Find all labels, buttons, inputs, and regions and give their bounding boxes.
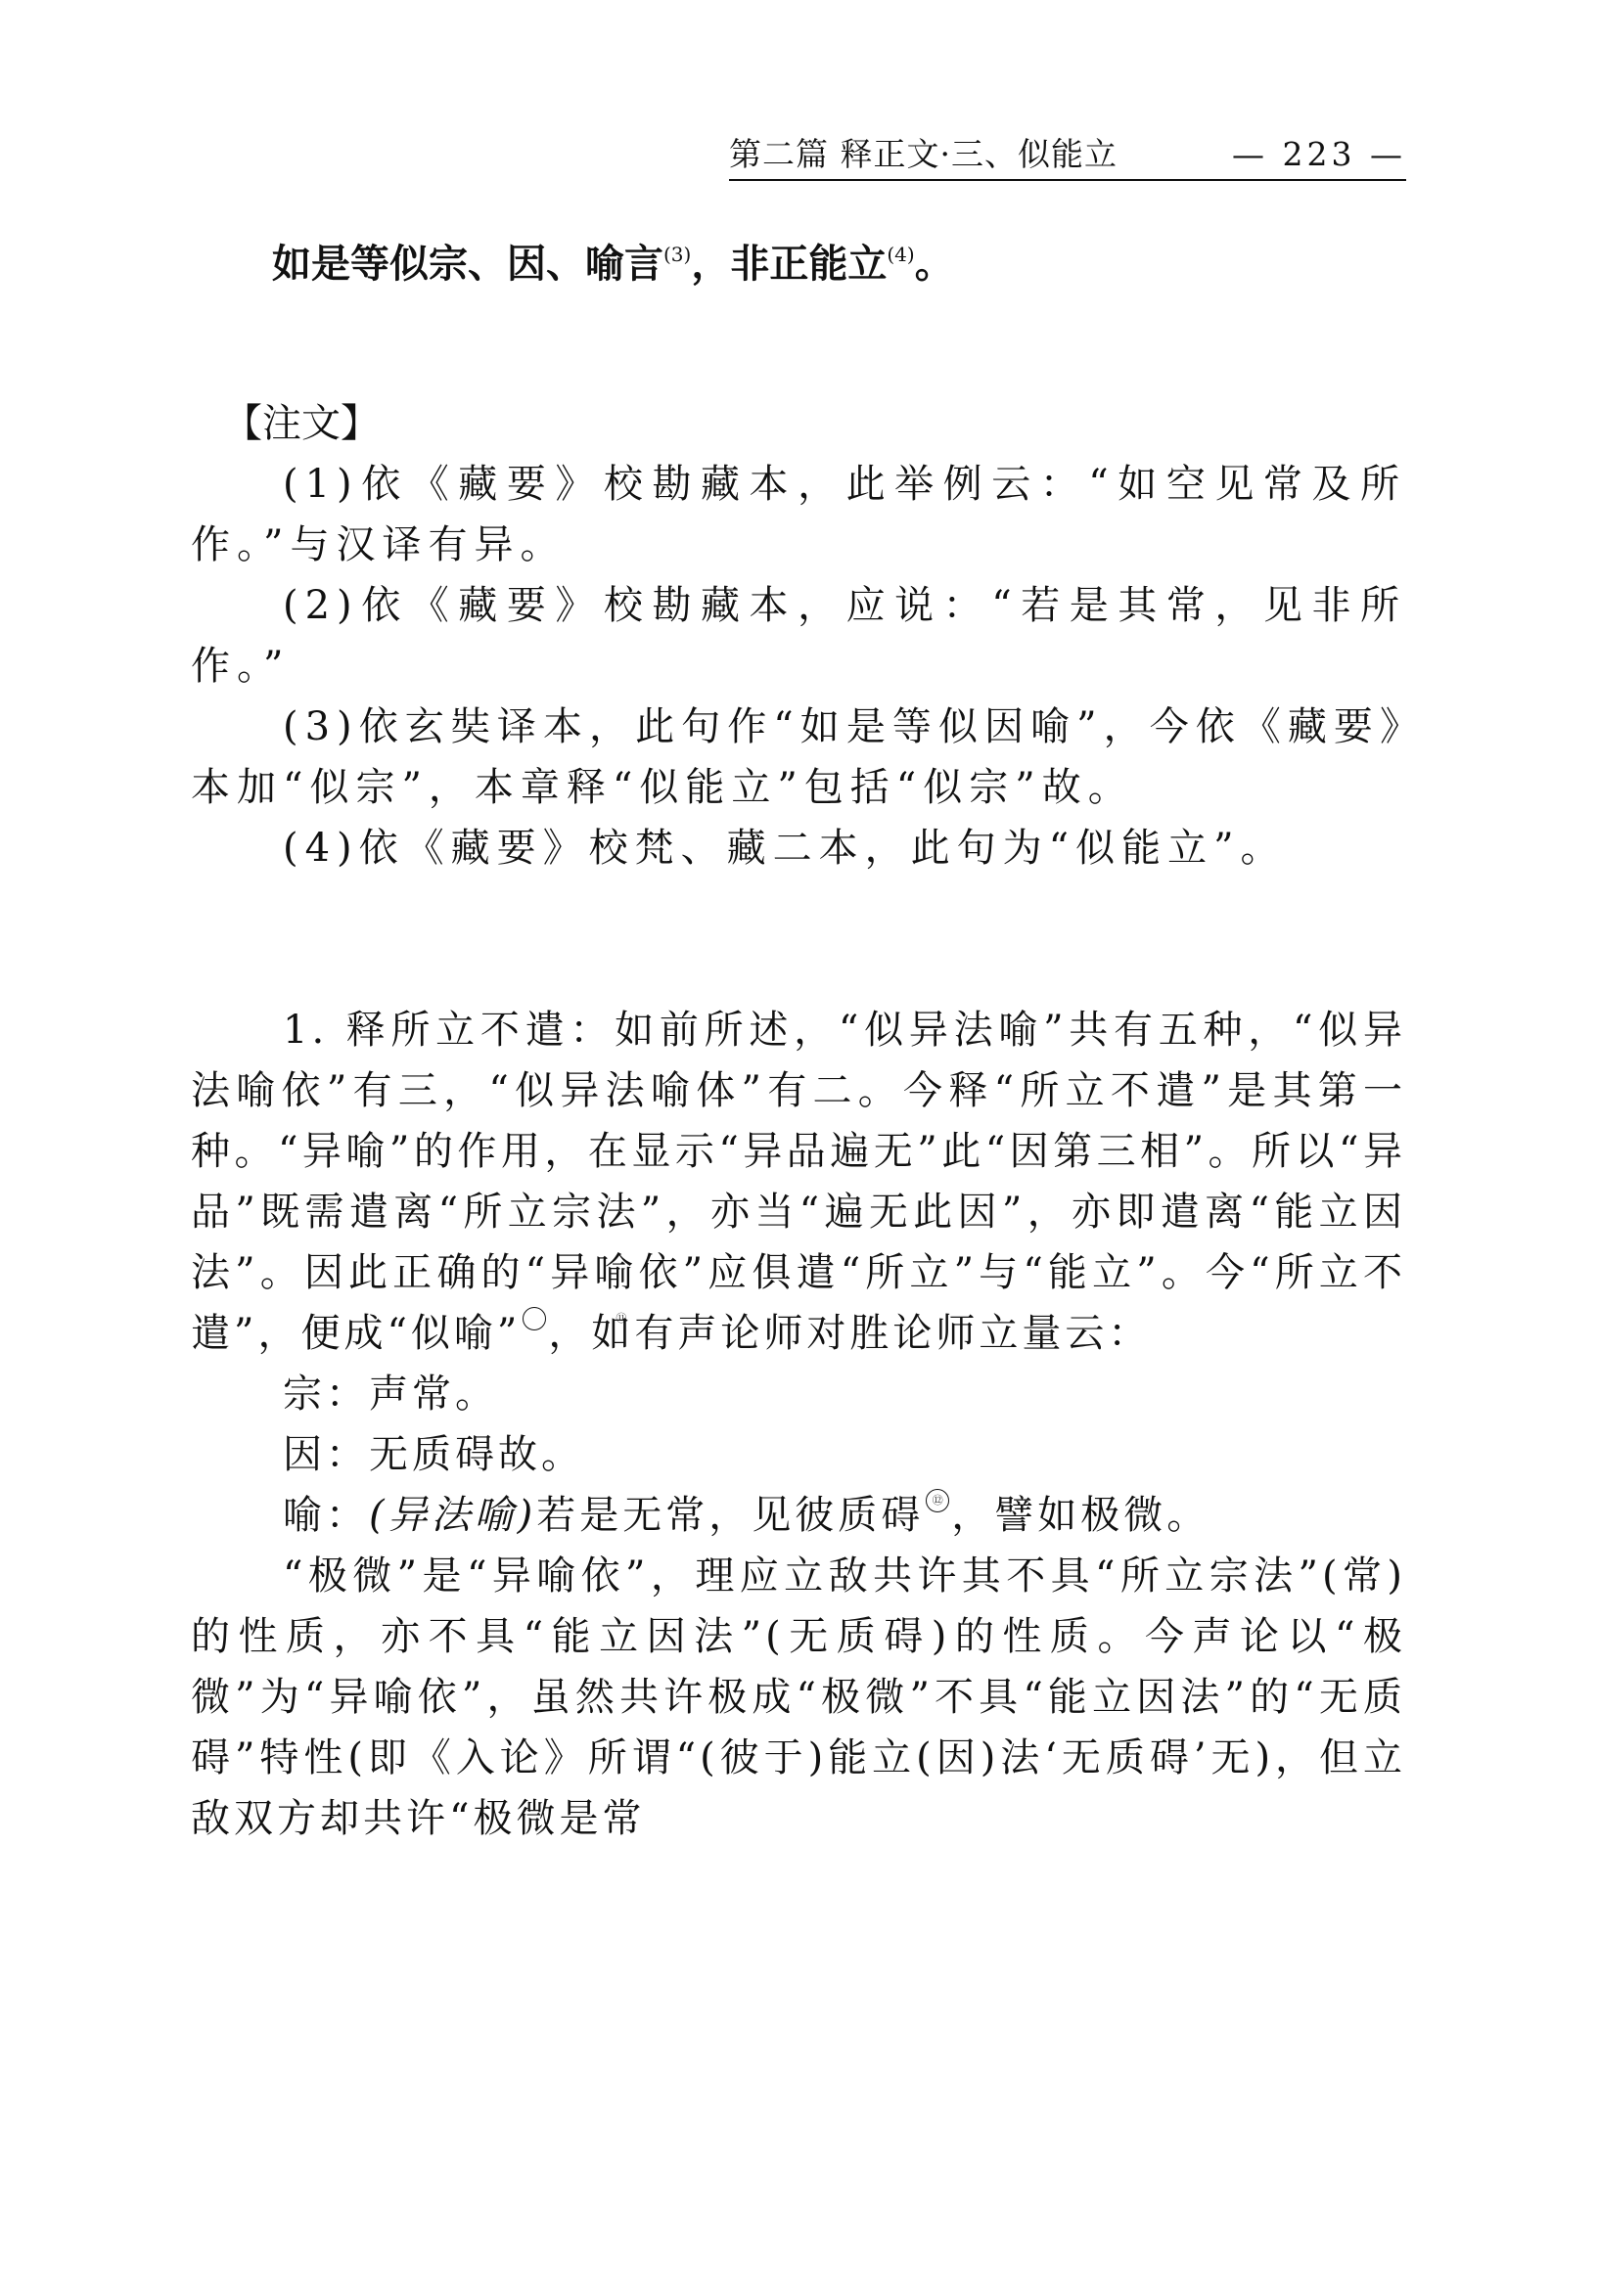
example-text: 若是无常，见彼质碍 [536,1493,924,1538]
syllogism-reason: 因：无质碍故。 [191,1424,1406,1485]
running-header: 第二篇 释正文·三、似能立 — 223 — [729,125,1406,176]
note-item: (4)依《藏要》校梵、藏二本，此句为“似能立”。 [191,818,1406,878]
commentary: 1. 释所立不遣：如前所述，“似异法喻”共有五种，“似异法喻依”有三，“似异法喻… [191,1000,1406,1849]
notes-heading: 【注文】 [223,393,380,454]
note-item: (2)依《藏要》校勘藏本，应说：“若是其常，见非所作。” [191,575,1406,697]
example-type: (异法喻) [369,1493,536,1538]
commentary-paragraph: “极微”是“异喻依”，理应立敌共许其不具“所立宗法”(常)的性质，亦不具“能立因… [191,1546,1406,1849]
verse-text: ，非正能立 [691,242,887,287]
note-item: (3)依玄奘译本，此句作“如是等似因喻”，今依《藏要》本加“似宗”，本章释“似能… [191,697,1406,818]
verse-text: 如是等似宗、因、喻言 [272,242,663,287]
syllogism-example: 喻：(异法喻)若是无常，见彼质碍⑫，譬如极微。 [191,1485,1406,1546]
root-verse: 如是等似宗、因、喻言(3)，非正能立(4)。 [272,235,1348,299]
example-text: ，譬如极微。 [951,1493,1209,1538]
endnote-marker: ⑪ [523,1307,546,1330]
note-item: (1)依《藏要》校勘藏本，此举例云：“如空见常及所作。”与汉译有异。 [191,454,1406,575]
footnote-ref: (4) [887,243,914,266]
footnote-ref: (3) [663,243,691,266]
notes-list: (1)依《藏要》校勘藏本，此举例云：“如空见常及所作。”与汉译有异。 (2)依《… [191,454,1406,878]
verse-text: 。 [915,242,954,287]
header-rule [729,179,1406,181]
book-page: 第二篇 释正文·三、似能立 — 223 — 如是等似宗、因、喻言(3)，非正能立… [0,0,1597,2296]
paragraph-text: 1. 释所立不遣：如前所述，“似异法喻”共有五种，“似异法喻依”有三，“似异法喻… [191,1008,1406,1356]
page-number: — 223 — [1232,133,1406,176]
chapter-title: 第二篇 释正文·三、似能立 [729,133,1118,176]
paragraph-text: ，如有声论师对胜论师立量云： [548,1311,1151,1356]
endnote-marker: ⑫ [926,1489,949,1512]
commentary-paragraph: 1. 释所立不遣：如前所述，“似异法喻”共有五种，“似异法喻依”有三，“似异法喻… [191,1000,1406,1364]
syllogism-thesis: 宗：声常。 [191,1364,1406,1424]
example-label: 喻： [283,1493,369,1538]
